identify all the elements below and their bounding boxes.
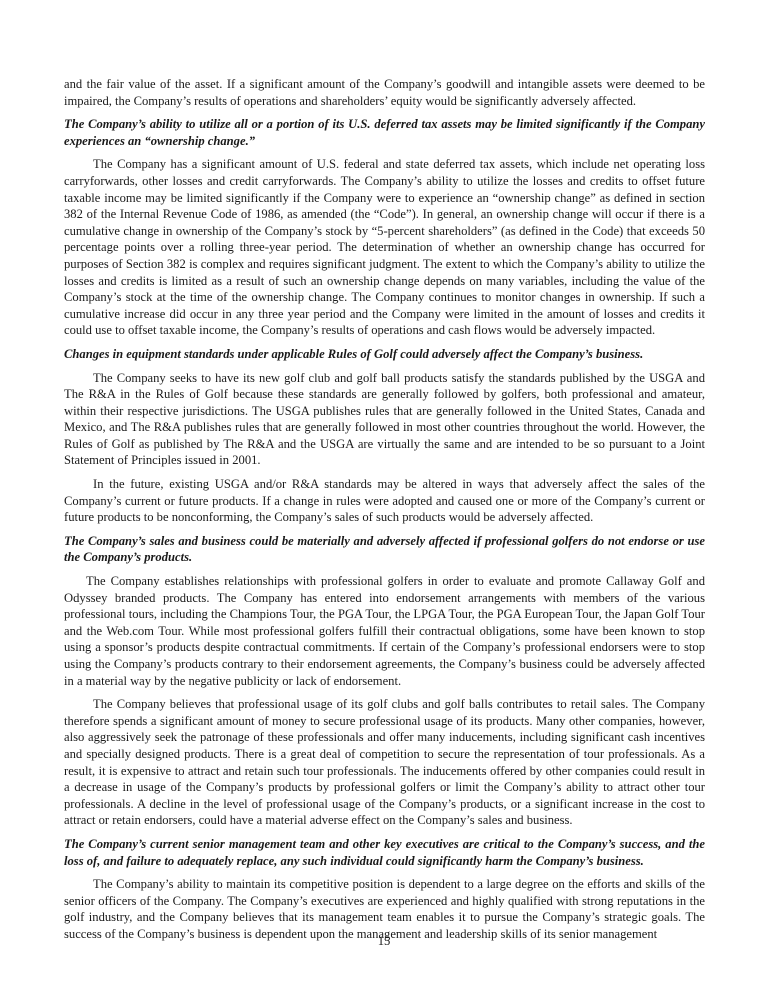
paragraph-deferred-tax: The Company has a significant amount of … xyxy=(64,156,705,339)
paragraph-professional-golfers-2: The Company believes that professional u… xyxy=(64,696,705,829)
continuation-paragraph: and the fair value of the asset. If a si… xyxy=(64,76,705,109)
page-number: 15 xyxy=(0,934,768,949)
paragraph-professional-golfers-1: The Company establishes relationships wi… xyxy=(64,573,705,689)
section-heading-professional-golfers: The Company’s sales and business could b… xyxy=(64,533,705,566)
document-page: and the fair value of the asset. If a si… xyxy=(64,76,705,950)
section-heading-rules-of-golf: Changes in equipment standards under app… xyxy=(64,346,705,363)
paragraph-senior-management: The Company’s ability to maintain its co… xyxy=(64,876,705,942)
paragraph-rules-of-golf-1: The Company seeks to have its new golf c… xyxy=(64,370,705,470)
section-heading-senior-management: The Company’s current senior management … xyxy=(64,836,705,869)
section-heading-deferred-tax: The Company’s ability to utilize all or … xyxy=(64,116,705,149)
paragraph-rules-of-golf-2: In the future, existing USGA and/or R&A … xyxy=(64,476,705,526)
